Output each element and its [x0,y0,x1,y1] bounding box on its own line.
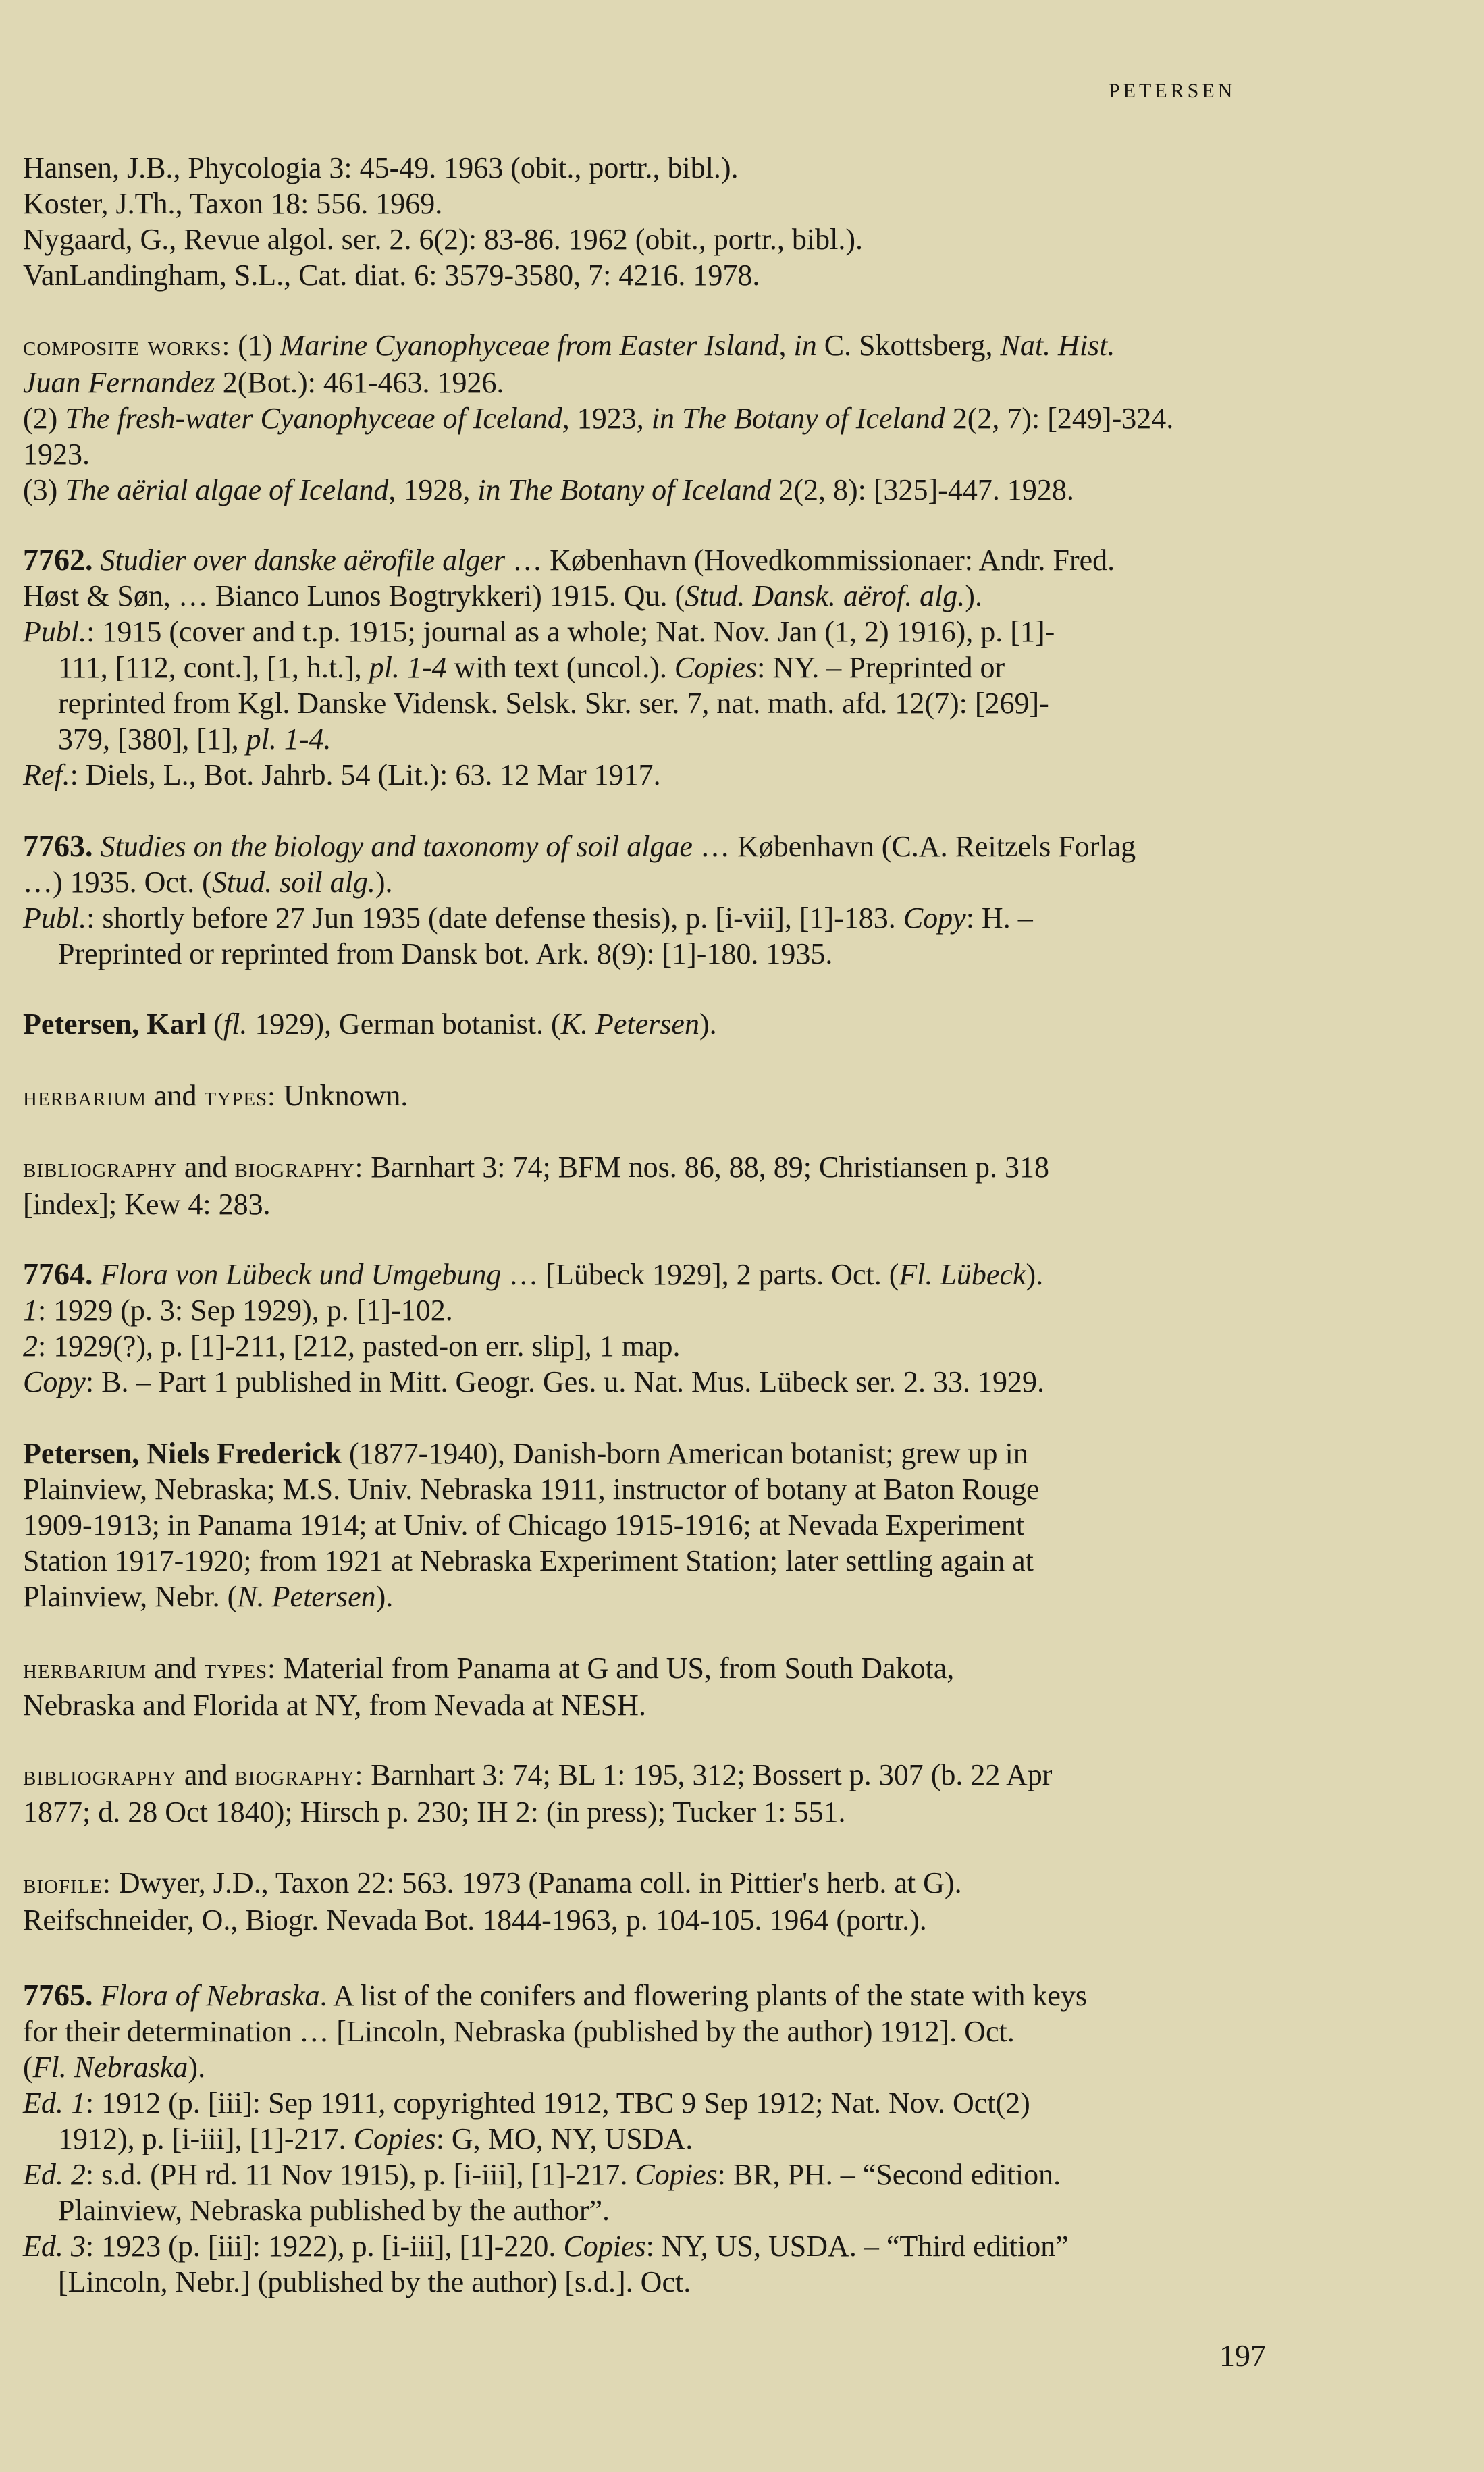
biofile-line: Nygaard, G., Revue algol. ser. 2. 6(2): … [23,221,1265,257]
biofile-line: Hansen, J.B., Phycologia 3: 45-49. 1963 … [23,150,1265,186]
text: Høst & Søn, … Bianco Lunos Bogtrykkeri) … [23,579,685,612]
text: : H. – [966,901,1033,935]
text: ( [206,1007,223,1041]
text: in [793,329,816,362]
text: and [177,1758,235,1791]
field-label: Copies [563,2230,645,2263]
field-label: Ed. [23,2158,63,2191]
section-label: COMPOSITE WORKS: [23,331,230,362]
text: … København (C.A. Reitzels Forlag [693,830,1136,863]
text: (2) [23,402,65,435]
herbarium-line: HERBARIUM and TYPES: Material from Panam… [23,1650,1265,1687]
entry-line: Ref.: Diels, L., Bot. Jahrb. 54 (Lit.): … [23,757,1265,793]
entry-line: Ed. 1: 1912 (p. [iii]: Sep 1911, copyrig… [23,2085,1265,2121]
biofile-line: VanLandingham, S.L., Cat. diat. 6: 3579-… [23,257,1265,293]
section-label: BIBLIOGRAPHY [23,1153,177,1184]
field-label: Copies [635,2158,717,2191]
text: : BR, PH. – “Second edition. [718,2158,1061,2191]
section-label: HERBARIUM [23,1654,147,1685]
text: 111, [112, cont.], [1, h.t.], [58,651,369,684]
text: 3 [63,2230,86,2263]
text: … [Lübeck 1929], 2 parts. Oct. ( [501,1258,899,1291]
entry-7764: 7764. Flora von Lübeck und Umgebung … [L… [23,1256,1265,1400]
text: … København (Hovedkommissionaer: Andr. F… [505,544,1115,577]
text: in The Botany of Iceland [652,402,945,435]
text: 2(Bot.): 461-463. 1926. [215,366,504,399]
text: : Diels, L., Bot. Jahrb. 54 (Lit.): 63. … [70,758,661,791]
entry-7762: 7762. Studier over danske aërofile alger… [23,542,1265,793]
text: Fl. Nebraska [33,2051,188,2084]
text: 2(2, 7): [249]-324. [945,402,1174,435]
text: fl. [223,1007,247,1041]
karl-herbarium: HERBARIUM and TYPES: Unknown. [23,1078,1265,1115]
section-label: BIOGRAPHY: [234,1153,363,1184]
author-karl-petersen: Petersen, Karl (fl. 1929), German botani… [23,1006,1265,1042]
text: and [147,1652,205,1685]
text: : 1912 (p. [iii]: Sep 1911, copyrighted … [86,2086,1030,2120]
text: ). [1026,1258,1044,1291]
composite-works: COMPOSITE WORKS: (1) Marine Cyanophyceae… [23,327,1265,508]
text: : NY. – Preprinted or [757,651,1005,684]
text: : 1923 (p. [iii]: 1922), p. [i-iii], [1]… [86,2230,564,2263]
composite-line: 1923. [23,436,1265,472]
text: Dwyer, J.D., Taxon 22: 563. 1973 (Panama… [111,1866,962,1899]
section-label: BIOFILE: [23,1868,111,1899]
entry-line: 7764. Flora von Lübeck und Umgebung … [L… [23,1256,1265,1292]
entry-line: Ed. 3: 1923 (p. [iii]: 1922), p. [i-iii]… [23,2228,1265,2264]
text: 2 [23,1330,38,1363]
text: 379, [380], [1], [58,722,246,756]
entry-line: Publ.: shortly before 27 Jun 1935 (date … [23,900,1265,936]
text: 2 [63,2158,86,2191]
running-head: PETERSEN [1109,80,1236,103]
text: Material from Panama at G and US, from S… [276,1652,954,1685]
biofile-line: BIOFILE: Dwyer, J.D., Taxon 22: 563. 197… [23,1865,1265,1902]
entry-7763: 7763. Studies on the biology and taxonom… [23,828,1265,972]
entry-line: 1912), p. [i-iii], [1]-217. Copies: G, M… [23,2121,1265,2157]
text: ). [188,2051,205,2084]
text: , 1923, [562,402,652,435]
field-label: Copies [353,2122,435,2155]
text: and [147,1079,205,1112]
entry-line: 111, [112, cont.], [1, h.t.], pl. 1-4 wi… [23,650,1265,685]
author-abbreviation: N. Petersen [237,1580,375,1613]
herbarium-line: HERBARIUM and TYPES: Unknown. [23,1078,1265,1115]
niels-bibliography: BIBLIOGRAPHY and BIOGRAPHY: Barnhart 3: … [23,1757,1265,1830]
entry-line: 7765. Flora of Nebraska. A list of the c… [23,1977,1265,2014]
field-label: Ref. [23,758,70,791]
text: : G, MO, NY, USDA. [436,2122,693,2155]
author-name: Petersen, Karl [23,1007,206,1041]
text: 1929), German botanist. ( [247,1007,560,1041]
entry-line: 7763. Studies on the biology and taxonom… [23,828,1265,864]
section-label: TYPES: [205,1654,276,1685]
work-title: Flora of Nebraska [101,1979,320,2012]
text: Juan Fernandez [23,366,215,399]
text: : B. – Part 1 published in Mitt. Geogr. … [86,1365,1044,1398]
entry-line: 7762. Studier over danske aërofile alger… [23,542,1265,578]
author-niels-petersen: Petersen, Niels Frederick (1877-1940), D… [23,1436,1265,1614]
niels-biofile: BIOFILE: Dwyer, J.D., Taxon 22: 563. 197… [23,1865,1265,1938]
text: 2(2, 8): [325]-447. 1928. [771,473,1074,506]
text: : s.d. (PH rd. 11 Nov 1915), p. [i-iii],… [86,2158,635,2191]
herbarium-line: Nebraska and Florida at NY, from Nevada … [23,1687,1265,1723]
text: 1912), p. [i-iii], [1]-217. [58,2122,353,2155]
text: C. Skottsberg, [817,329,1001,362]
text: (1877-1940), Danish-born American botani… [342,1437,1028,1470]
entry-line: 379, [380], [1], pl. 1-4. [23,721,1265,757]
text: ). [375,866,393,899]
entry-line: 1: 1929 (p. 3: Sep 1929), p. [1]-102. [23,1292,1265,1328]
bio-line: 1909-1913; in Panama 1914; at Univ. of C… [23,1507,1265,1543]
karl-bibliography: BIBLIOGRAPHY and BIOGRAPHY: Barnhart 3: … [23,1149,1265,1222]
work-title: Studies on the biology and taxonomy of s… [101,830,693,863]
text: : 1929(?), p. [1]-211, [212, pasted-on e… [38,1330,680,1363]
entry-line: Høst & Søn, … Bianco Lunos Bogtrykkeri) … [23,578,1265,614]
text: and [177,1151,235,1184]
entry-line: for their determination … [Lincoln, Nebr… [23,2014,1265,2049]
text: 1 [63,2086,86,2120]
entry-number: 7764. [23,1257,93,1291]
text: 1 [23,1294,38,1327]
entry-line: reprinted from Kgl. Danske Vidensk. Sels… [23,685,1265,721]
text: ). [699,1007,717,1041]
author-heading: Petersen, Niels Frederick (1877-1940), D… [23,1436,1265,1471]
section-label: HERBARIUM [23,1081,147,1112]
bio-line: Plainview, Nebr. (N. Petersen). [23,1579,1265,1614]
field-label: Ed. [23,2086,63,2120]
text: Unknown. [276,1079,408,1112]
entry-line: Plainview, Nebraska published by the aut… [23,2192,1265,2228]
section-label: BIOGRAPHY: [234,1760,363,1791]
bibliography-line: [index]; Kew 4: 283. [23,1186,1265,1222]
text: (1) [230,329,280,362]
field-label: Copy [23,1365,86,1398]
composite-line: (3) The aërial algae of Iceland, 1928, i… [23,472,1265,508]
biofile-continuation: Hansen, J.B., Phycologia 3: 45-49. 1963 … [23,150,1265,293]
biofile-line: Reifschneider, O., Biogr. Nevada Bot. 18… [23,1902,1265,1938]
work-title: Flora von Lübeck und Umgebung [101,1258,502,1291]
text: . A list of the conifers and flowering p… [320,1979,1087,2012]
entry-7765: 7765. Flora of Nebraska. A list of the c… [23,1977,1265,2300]
work-title: The aërial algae of Iceland [65,473,388,506]
text: Fl. Lübeck [899,1258,1026,1291]
author-name: Petersen, Niels Frederick [23,1437,342,1470]
field-label: Publ. [23,901,86,935]
text: ( [23,2051,33,2084]
niels-herbarium: HERBARIUM and TYPES: Material from Panam… [23,1650,1265,1723]
work-title: Marine Cyanophyceae from Easter Island [280,329,779,362]
composite-line: (2) The fresh-water Cyanophyceae of Icel… [23,400,1265,436]
text: : shortly before 27 Jun 1935 (date defen… [86,901,903,935]
text: : 1915 (cover and t.p. 1915; journal as … [86,615,1055,648]
text: : 1929 (p. 3: Sep 1929), p. [1]-102. [38,1294,453,1327]
bio-line: Station 1917-1920; from 1921 at Nebraska… [23,1543,1265,1579]
text: …) 1935. Oct. ( [23,866,212,899]
text: Stud. soil alg. [212,866,375,899]
text: pl. 1-4. [246,722,332,756]
page-number: 197 [1219,2338,1266,2373]
field-label: Copies [674,651,757,684]
entry-number: 7762. [23,542,93,577]
entry-number: 7763. [23,829,93,863]
work-title: Studier over danske aërofile alger [101,544,506,577]
bibliography-line: BIBLIOGRAPHY and BIOGRAPHY: Barnhart 3: … [23,1757,1265,1794]
text: Nat. Hist. [1000,329,1115,362]
work-title: The fresh-water Cyanophyceae of Iceland [65,402,562,435]
section-label: BIBLIOGRAPHY [23,1760,177,1791]
text: (3) [23,473,65,506]
text: ). [965,579,982,612]
bibliography-line: 1877; d. 28 Oct 1840); Hirsch p. 230; IH… [23,1794,1265,1830]
entry-number: 7765. [23,1978,93,2012]
bio-line: Plainview, Nebraska; M.S. Univ. Nebraska… [23,1471,1265,1507]
text: : NY, US, USDA. – “Third edition” [646,2230,1069,2263]
field-label: Publ. [23,615,86,648]
entry-line: Publ.: 1915 (cover and t.p. 1915; journa… [23,614,1265,650]
text: in The Botany of Iceland [477,473,771,506]
entry-line: 2: 1929(?), p. [1]-211, [212, pasted-on … [23,1328,1265,1364]
section-label: TYPES: [205,1081,276,1112]
composite-line: COMPOSITE WORKS: (1) Marine Cyanophyceae… [23,327,1265,365]
text: pl. 1-4 [369,651,447,684]
text: Plainview, Nebr. ( [23,1580,237,1613]
entry-line: Copy: B. – Part 1 published in Mitt. Geo… [23,1364,1265,1400]
text: ). [376,1580,394,1613]
composite-line: Juan Fernandez 2(Bot.): 461-463. 1926. [23,365,1265,400]
biofile-line: Koster, J.Th., Taxon 18: 556. 1969. [23,186,1265,221]
entry-line: Ed. 2: s.d. (PH rd. 11 Nov 1915), p. [i-… [23,2157,1265,2192]
field-label: Copy [903,901,966,935]
author-abbreviation: K. Petersen [561,1007,699,1041]
entry-line: …) 1935. Oct. (Stud. soil alg.). [23,864,1265,900]
bibliography-line: BIBLIOGRAPHY and BIOGRAPHY: Barnhart 3: … [23,1149,1265,1186]
field-label: Ed. [23,2230,63,2263]
text: , 1928, [388,473,477,506]
entry-line: (Fl. Nebraska). [23,2049,1265,2085]
entry-line: Preprinted or reprinted from Dansk bot. … [23,936,1265,972]
text: Barnhart 3: 74; BFM nos. 86, 88, 89; Chr… [363,1151,1049,1184]
text: with text (uncol.). [447,651,674,684]
author-heading: Petersen, Karl (fl. 1929), German botani… [23,1006,1265,1042]
text: Stud. Dansk. aërof. alg. [685,579,965,612]
entry-line: [Lincoln, Nebr.] (published by the autho… [23,2264,1265,2300]
text: Barnhart 3: 74; BL 1: 195, 312; Bossert … [363,1758,1052,1791]
text: , [778,329,793,362]
